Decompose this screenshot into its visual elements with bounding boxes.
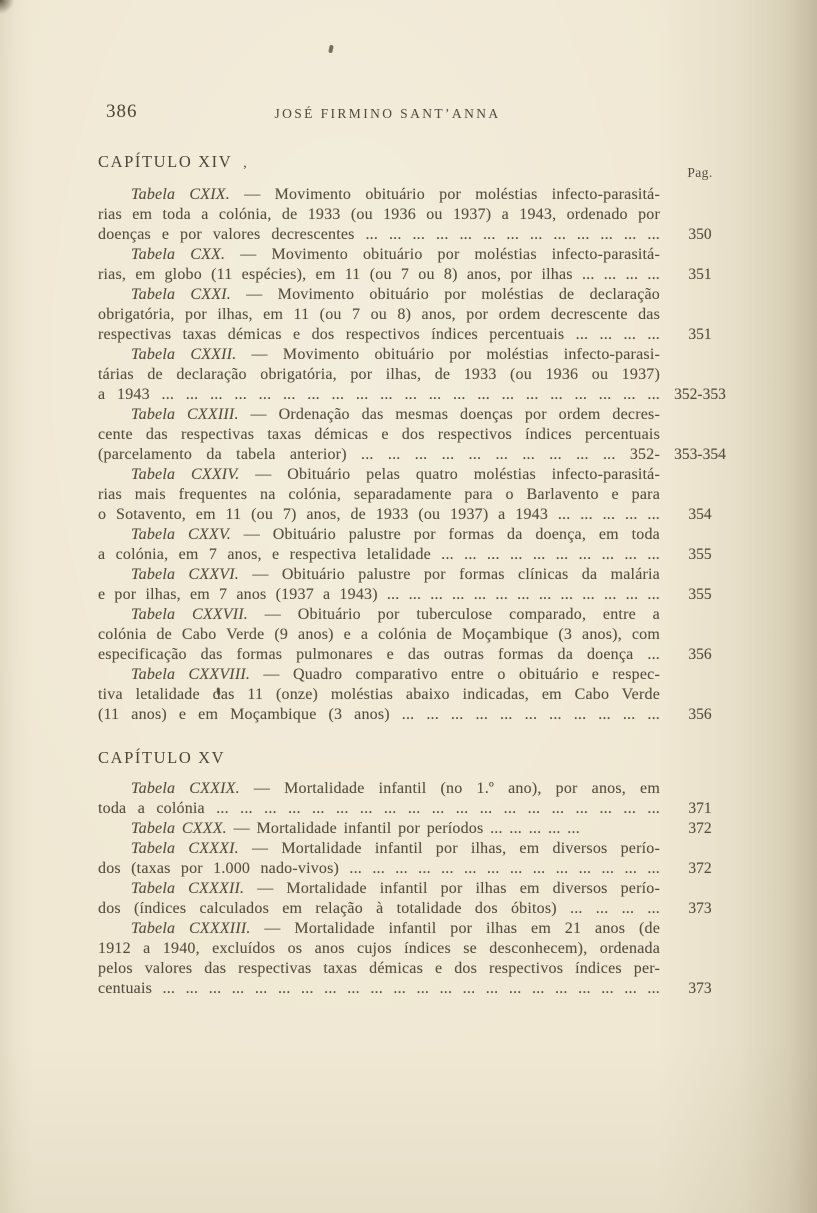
entry-text: Tabela CXXXII. — Mortalidade infantil po…: [98, 879, 660, 919]
entry-line: obrigatória, por ilhas, em 11 (ou 7 ou 8…: [98, 305, 660, 325]
entry-line: centuais ... ... ... ... ... ... ... ...…: [98, 979, 660, 999]
tabela-label: Tabela CXXVII.: [131, 606, 248, 623]
toc-entry: Tabela CXXX. — Mortalidade infantil por …: [98, 819, 740, 839]
entry-line: Tabela CXXVI. — Obituário palustre por f…: [98, 565, 660, 585]
entry-line: tárias de declaração obrigatória, por il…: [98, 365, 660, 385]
entry-line: o Sotavento, em 11 (ou 7) anos, de 1933 …: [98, 505, 660, 525]
page-number: 355: [660, 585, 740, 605]
toc-entry: Tabela CXXIV. — Obituário pelas quatro m…: [98, 465, 740, 525]
toc-entry: Tabela CXXIII. — Ordenação das mesmas do…: [98, 405, 740, 465]
page-corner-shadow: [0, 0, 14, 14]
page-number: 356: [660, 705, 740, 725]
chapter-list: CAPÍTULO XIV,Tabela CXIX. — Movimento ob…: [98, 152, 740, 999]
chapter-heading: CAPÍTULO XIV,: [98, 152, 740, 174]
page-number: 373: [660, 899, 740, 919]
toc-entry: Tabela CXXIX. — Mortalidade infantil (no…: [98, 779, 740, 819]
entry-text: Tabela CXXVIII. — Quadro comparativo ent…: [98, 665, 660, 725]
toc-entry: Tabela CXXXI. — Mortalidade infantil por…: [98, 839, 740, 879]
entry-text: Tabela CXXIV. — Obituário pelas quatro m…: [98, 465, 660, 525]
entry-text: Tabela CXXXI. — Mortalidade infantil por…: [98, 839, 660, 879]
entry-text: Tabela CXXI. — Movimento obituário por m…: [98, 285, 660, 345]
entry-line: cente das respectivas taxas démicas e do…: [98, 425, 660, 445]
toc-entry: Tabela CXXII. — Movimento obituário por …: [98, 345, 740, 405]
entry-line: dos (taxas por 1.000 nado-vivos) ... ...…: [98, 859, 660, 879]
pag-column-label: Pag.: [660, 165, 740, 181]
entry-text: Tabela CXXII. — Movimento obituário por …: [98, 345, 660, 405]
page-number: 372: [660, 819, 740, 839]
tabela-label: Tabela CXIX.: [131, 186, 230, 203]
page-number: 371: [660, 799, 740, 819]
page-number: 372: [660, 859, 740, 879]
toc-entry: Tabela CXXVIII. — Quadro comparativo ent…: [98, 665, 740, 725]
tabela-label: Tabela CXXXIII.: [131, 920, 251, 937]
entry-line: Tabela CXXXII. — Mortalidade infantil po…: [98, 879, 660, 899]
entry-line: e por ilhas, em 7 anos (1937 a 1943) ...…: [98, 585, 660, 605]
chapter-section: CAPÍTULO XVTabela CXXIX. — Mortalidade i…: [98, 748, 740, 999]
entry-line: dos (índices calculados em relação à tot…: [98, 899, 660, 919]
entry-line: colónia de Cabo Verde (9 anos) e a colón…: [98, 625, 660, 645]
tabela-label: Tabela CXXI.: [131, 286, 231, 303]
entry-line: Tabela CXXXI. — Mortalidade infantil por…: [98, 839, 660, 859]
toc-entry: Tabela CXXI. — Movimento obituário por m…: [98, 285, 740, 345]
tabela-label: Tabela CXXIV.: [131, 466, 239, 483]
entry-line: Tabela CXXIII. — Ordenação das mesmas do…: [98, 405, 660, 425]
entry-line: Tabela CXXII. — Movimento obituário por …: [98, 345, 660, 365]
entry-line: pelos valores das respectivas taxas démi…: [98, 959, 660, 979]
tabela-label: Tabela CXXXI.: [131, 840, 239, 857]
running-head: JOSÉ FIRMINO SANT’ANNA: [0, 106, 775, 122]
toc-entry: Tabela CXXXIII. — Mortalidade infantil p…: [98, 919, 740, 999]
toc-entry: Tabela CXXVI. — Obituário palustre por f…: [98, 565, 740, 605]
scanned-page: 386 JOSÉ FIRMINO SANT’ANNA Pag. CAPÍTULO…: [0, 0, 817, 1213]
entry-line: Tabela CXXVII. — Obituário por tuberculo…: [98, 605, 660, 625]
entry-line: rias em toda a colónia, de 1933 (ou 1936…: [98, 205, 660, 225]
entry-line: Tabela CXIX. — Movimento obituário por m…: [98, 185, 660, 205]
entry-line: Tabela CXXIX. — Mortalidade infantil (no…: [98, 779, 660, 799]
entry-line: tiva letalidade das 11 (onze) moléstias …: [98, 685, 660, 705]
toc-entry: Tabela CXXVII. — Obituário por tuberculo…: [98, 605, 740, 665]
page-number: 355: [660, 545, 740, 565]
entry-text: Tabela CXXX. — Mortalidade infantil por …: [98, 819, 660, 839]
entry-line: Tabela CXXVIII. — Quadro comparativo ent…: [98, 665, 660, 685]
tabela-label: Tabela CXXVIII.: [131, 666, 250, 683]
tabela-label: Tabela CXX.: [131, 246, 225, 263]
entry-line: respectivas taxas démicas e dos respecti…: [98, 325, 660, 345]
entry-line: (parcelamento da tabela anterior) ... ..…: [98, 445, 660, 465]
tabela-label: Tabela CXXV.: [131, 526, 231, 543]
entry-line: Tabela CXXXIII. — Mortalidade infantil p…: [98, 919, 660, 939]
chapter-section: CAPÍTULO XIV,Tabela CXIX. — Movimento ob…: [98, 152, 740, 725]
entry-text: Tabela CXXIII. — Ordenação das mesmas do…: [98, 405, 660, 465]
entry-text: Tabela CXXXIII. — Mortalidade infantil p…: [98, 919, 660, 999]
entry-line: doenças e por valores decrescentes ... .…: [98, 225, 660, 245]
tabela-label: Tabela CXXIX.: [131, 780, 240, 797]
page-number: 373: [660, 979, 740, 999]
entry-line: a 1943 ... ... ... ... ... ... ... ... .…: [98, 385, 660, 405]
entry-line: Tabela CXX. — Movimento obituário por mo…: [98, 245, 660, 265]
tabela-label: Tabela CXXXII.: [131, 880, 244, 897]
page-number: 356: [660, 645, 740, 665]
entry-line: rias mais frequentes na colónia, separad…: [98, 485, 660, 505]
entry-text: Tabela CXIX. — Movimento obituário por m…: [98, 185, 660, 245]
entry-line: Tabela CXXI. — Movimento obituário por m…: [98, 285, 660, 305]
entry-line: Tabela CXXIV. — Obituário pelas quatro m…: [98, 465, 660, 485]
entry-line: a colónia, em 7 anos, e respectiva letal…: [98, 545, 660, 565]
entry-text: Tabela CXXV. — Obituário palustre por fo…: [98, 525, 660, 565]
tabela-label: Tabela CXXIII.: [131, 406, 239, 423]
page-number: 351: [660, 325, 740, 345]
page-number: 353-354: [660, 445, 740, 465]
table-of-contents: Pag. CAPÍTULO XIV,Tabela CXIX. — Movimen…: [98, 152, 740, 999]
entry-text: Tabela CXXIX. — Mortalidade infantil (no…: [98, 779, 660, 819]
page-number: 352-353: [660, 385, 740, 405]
page-number: 350: [660, 225, 740, 245]
page-number: 351: [660, 265, 740, 285]
entry-line: (11 anos) e em Moçambique (3 anos) ... .…: [98, 705, 660, 725]
entry-line: rias, em globo (11 espécies), em 11 (ou …: [98, 265, 660, 285]
entry-text: Tabela CXXVI. — Obituário palustre por f…: [98, 565, 660, 605]
ink-speck: [328, 45, 334, 54]
toc-entry: Tabela CXX. — Movimento obituário por mo…: [98, 245, 740, 285]
chapter-heading: CAPÍTULO XV: [98, 748, 740, 768]
toc-entry: Tabela CXXV. — Obituário palustre por fo…: [98, 525, 740, 565]
entry-line: especificação das formas pulmonares e da…: [98, 645, 660, 665]
toc-entry: Tabela CXIX. — Movimento obituário por m…: [98, 185, 740, 245]
tabela-label: Tabela CXXX.: [131, 820, 227, 837]
entry-text: Tabela CXXVII. — Obituário por tuberculo…: [98, 605, 660, 665]
entry-line: 1912 a 1940, excluídos os anos cujos índ…: [98, 939, 660, 959]
page-number: 354: [660, 505, 740, 525]
entry-line: Tabela CXXX. — Mortalidade infantil por …: [98, 819, 660, 839]
tabela-label: Tabela CXXII.: [131, 346, 236, 363]
entry-line: Tabela CXXV. — Obituário palustre por fo…: [98, 525, 660, 545]
entry-line: toda a colónia ... ... ... ... ... ... .…: [98, 799, 660, 819]
entry-text: Tabela CXX. — Movimento obituário por mo…: [98, 245, 660, 285]
stray-ink-mark: ,: [243, 156, 247, 171]
tabela-label: Tabela CXXVI.: [131, 566, 239, 583]
toc-entry: Tabela CXXXII. — Mortalidade infantil po…: [98, 879, 740, 919]
